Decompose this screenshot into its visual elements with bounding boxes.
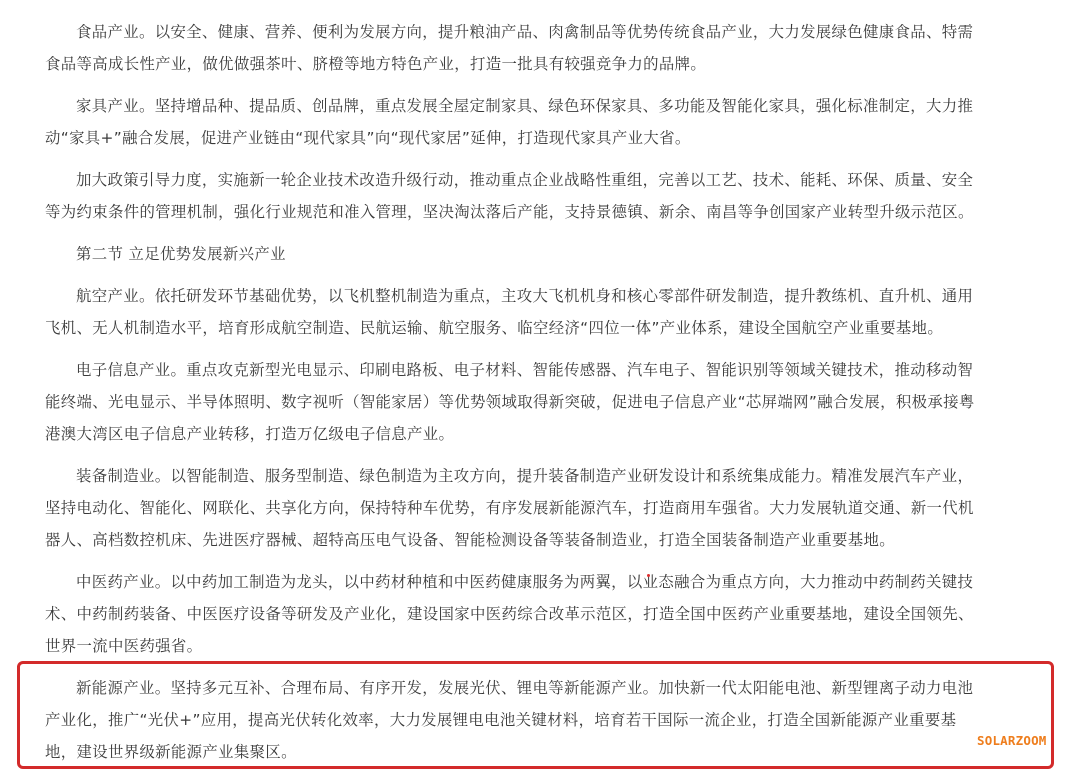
- paragraph-line: 航空产业。依托研发环节基础优势，以飞机整机制造为重点，主攻大飞机机身和核心零部件…: [45, 280, 1020, 312]
- paragraph-equipment-manufacturing: 装备制造业。以智能制造、服务型制造、绿色制造为主攻方向，提升装备制造产业研发设计…: [45, 460, 1020, 556]
- paragraph-electronics-industry: 电子信息产业。重点攻克新型光电显示、印刷电路板、电子材料、智能传感器、汽车电子、…: [45, 354, 1020, 450]
- paragraph-line: 地，建设世界级新能源产业集聚区。: [45, 736, 1020, 768]
- paragraph-line: 坚持电动化、智能化、网联化、共享化方向，保持特种车优势，有序发展新能源汽车，打造…: [45, 492, 1020, 524]
- paragraph-aviation-industry: 航空产业。依托研发环节基础优势，以飞机整机制造为重点，主攻大飞机机身和核心零部件…: [45, 280, 1020, 344]
- paragraph-new-energy-industry: 新能源产业。坚持多元互补、合理布局、有序开发，发展光伏、锂电等新能源产业。加快新…: [45, 672, 1020, 768]
- paragraph-line: 世界一流中医药强省。: [45, 630, 1020, 662]
- paragraph-line: 等为约束条件的管理机制，强化行业规范和准入管理，坚决淘汰落后产能，支持景德镇、新…: [45, 196, 1020, 228]
- paragraph-line: 装备制造业。以智能制造、服务型制造、绿色制造为主攻方向，提升装备制造产业研发设计…: [45, 460, 1020, 492]
- paragraph-line: 飞机、无人机制造水平，培育形成航空制造、民航运输、航空服务、临空经济“四位一体”…: [45, 312, 1020, 344]
- red-dot-mark: [647, 574, 650, 577]
- paragraph-line: 产业化，推广“光伏+”应用，提高光伏转化效率，大力发展锂电电池关键材料，培育若干…: [45, 704, 1020, 736]
- paragraph-policy-guidance: 加大政策引导力度，实施新一轮企业技术改造升级行动，推动重点企业战略性重组，完善以…: [45, 164, 1020, 228]
- paragraph-line: 动“家具+”融合发展，促进产业链由“现代家具”向“现代家居”延伸，打造现代家具产…: [45, 122, 1020, 154]
- section-heading: 第二节 立足优势发展新兴产业: [76, 238, 286, 270]
- watermark-logo: SOLARZOOM: [977, 733, 1047, 748]
- paragraph-line: 能终端、光电显示、半导体照明、数字视听（智能家居）等优势领域取得新突破，促进电子…: [45, 386, 1020, 418]
- paragraph-line: 器人、高档数控机床、先进医疗器械、超特高压电气设备、智能检测设备等装备制造业，打…: [45, 524, 1020, 556]
- paragraph-line: 家具产业。坚持增品种、提品质、创品牌，重点发展全屋定制家具、绿色环保家具、多功能…: [45, 90, 1020, 122]
- paragraph-line: 电子信息产业。重点攻克新型光电显示、印刷电路板、电子材料、智能传感器、汽车电子、…: [45, 354, 1020, 386]
- paragraph-furniture-industry: 家具产业。坚持增品种、提品质、创品牌，重点发展全屋定制家具、绿色环保家具、多功能…: [45, 90, 1020, 154]
- paragraph-line: 港澳大湾区电子信息产业转移，打造万亿级电子信息产业。: [45, 418, 1020, 450]
- paragraph-line: 中医药产业。以中药加工制造为龙头，以中药材种植和中医药健康服务为两翼，以业态融合…: [45, 566, 1020, 598]
- paragraph-line: 新能源产业。坚持多元互补、合理布局、有序开发，发展光伏、锂电等新能源产业。加快新…: [45, 672, 1020, 704]
- paragraph-line: 食品等高成长性产业，做优做强茶叶、脐橙等地方特色产业，打造一批具有较强竞争力的品…: [45, 48, 1020, 80]
- paragraph-food-industry: 食品产业。以安全、健康、营养、便利为发展方向，提升粮油产品、肉禽制品等优势传统食…: [45, 16, 1020, 80]
- paragraph-line: 术、中药制药装备、中医医疗设备等研发及产业化，建设国家中医药综合改革示范区，打造…: [45, 598, 1020, 630]
- document-page: 食品产业。以安全、健康、营养、便利为发展方向，提升粮油产品、肉禽制品等优势传统食…: [0, 0, 1080, 776]
- paragraph-tcm-industry: 中医药产业。以中药加工制造为龙头，以中药材种植和中医药健康服务为两翼，以业态融合…: [45, 566, 1020, 662]
- paragraph-line: 食品产业。以安全、健康、营养、便利为发展方向，提升粮油产品、肉禽制品等优势传统食…: [45, 16, 1020, 48]
- paragraph-line: 加大政策引导力度，实施新一轮企业技术改造升级行动，推动重点企业战略性重组，完善以…: [45, 164, 1020, 196]
